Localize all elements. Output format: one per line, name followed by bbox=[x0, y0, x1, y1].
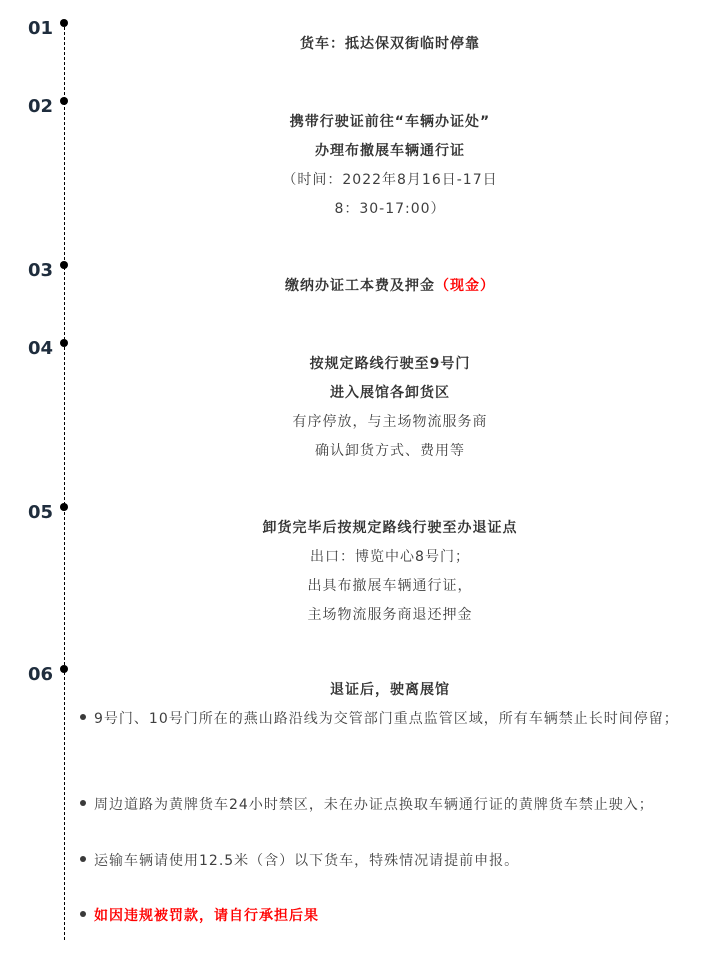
bullet-icon bbox=[80, 856, 86, 862]
timeline-dot-icon bbox=[60, 97, 68, 105]
timeline-dot-icon bbox=[60, 503, 68, 511]
cash-highlight: （现金） bbox=[435, 278, 495, 294]
step-04-detail-line1: 有序停放，与主场物流服务商 bbox=[70, 408, 710, 437]
note-text: 运输车辆请使用12.5米（含）以下货车，特殊情况请提前申报。 bbox=[94, 853, 519, 869]
step-05-detail-line2: 出具布撤展车辆通行证， bbox=[70, 572, 710, 601]
step-05-detail-line1: 出口：博览中心8号门； bbox=[70, 543, 710, 572]
timeline-dashed-line bbox=[64, 22, 65, 940]
step-04-detail-line2: 确认卸货方式、费用等 bbox=[70, 437, 710, 466]
step-number-02: 02 bbox=[28, 97, 53, 117]
step-number-01: 01 bbox=[28, 19, 53, 39]
note-item: 周边道路为黄牌货车24小时禁区，未在办证点换取车辆通行证的黄牌货车禁止驶入； bbox=[80, 791, 690, 819]
step-05-content: 卸货完毕后按规定路线行驶至办退证点 出口：博览中心8号门； 出具布撤展车辆通行证… bbox=[70, 514, 710, 630]
step-04-title-line2: 进入展馆各卸货区 bbox=[70, 379, 710, 408]
step-03-content: 缴纳办证工本费及押金（现金） bbox=[70, 272, 710, 301]
step-03-title: 缴纳办证工本费及押金（现金） bbox=[70, 272, 710, 301]
step-01-title: 货车：抵达保双街临时停靠 bbox=[70, 30, 710, 59]
step-02-title-line2: 办理布撤展车辆通行证 bbox=[70, 137, 710, 166]
timeline-dot-icon bbox=[60, 665, 68, 673]
step-06-content: 退证后，驶离展馆 bbox=[70, 676, 710, 705]
step-number-03: 03 bbox=[28, 261, 53, 281]
note-text: 周边道路为黄牌货车24小时禁区，未在办证点换取车辆通行证的黄牌货车禁止驶入； bbox=[94, 797, 654, 813]
timeline-dot-icon bbox=[60, 19, 68, 27]
note-text: 如因违规被罚款，请自行承担后果 bbox=[94, 908, 319, 924]
step-02-content: 携带行驶证前往“车辆办证处” 办理布撤展车辆通行证 （时间：2022年8月16日… bbox=[70, 108, 710, 224]
timeline-dot-icon bbox=[60, 339, 68, 347]
step-05-title: 卸货完毕后按规定路线行驶至办退证点 bbox=[70, 514, 710, 543]
step-number-05: 05 bbox=[28, 503, 53, 523]
step-06-title: 退证后，驶离展馆 bbox=[70, 676, 710, 705]
step-02-time-line1: （时间：2022年8月16日-17日 bbox=[70, 166, 710, 195]
note-item-warning: 如因违规被罚款，请自行承担后果 bbox=[80, 902, 690, 930]
step-04-title-line1: 按规定路线行驶至9号门 bbox=[70, 350, 710, 379]
note-item: 9号门、10号门所在的燕山路沿线为交管部门重点监管区域，所有车辆禁止长时间停留； bbox=[80, 705, 690, 733]
bullet-icon bbox=[80, 911, 86, 917]
step-01-content: 货车：抵达保双街临时停靠 bbox=[70, 30, 710, 59]
bullet-icon bbox=[80, 800, 86, 806]
note-text: 9号门、10号门所在的燕山路沿线为交管部门重点监管区域，所有车辆禁止长时间停留； bbox=[94, 711, 679, 727]
note-item: 运输车辆请使用12.5米（含）以下货车，特殊情况请提前申报。 bbox=[80, 847, 690, 875]
step-05-detail-line3: 主场物流服务商退还押金 bbox=[70, 601, 710, 630]
step-03-title-text: 缴纳办证工本费及押金 bbox=[285, 278, 435, 294]
step-number-06: 06 bbox=[28, 665, 53, 685]
step-04-content: 按规定路线行驶至9号门 进入展馆各卸货区 有序停放，与主场物流服务商 确认卸货方… bbox=[70, 350, 710, 466]
step-02-time-line2: 8：30-17:00） bbox=[70, 195, 710, 224]
timeline-dot-icon bbox=[60, 261, 68, 269]
step-02-title-line1: 携带行驶证前往“车辆办证处” bbox=[70, 108, 710, 137]
step-number-04: 04 bbox=[28, 339, 53, 359]
bullet-icon bbox=[80, 714, 86, 720]
